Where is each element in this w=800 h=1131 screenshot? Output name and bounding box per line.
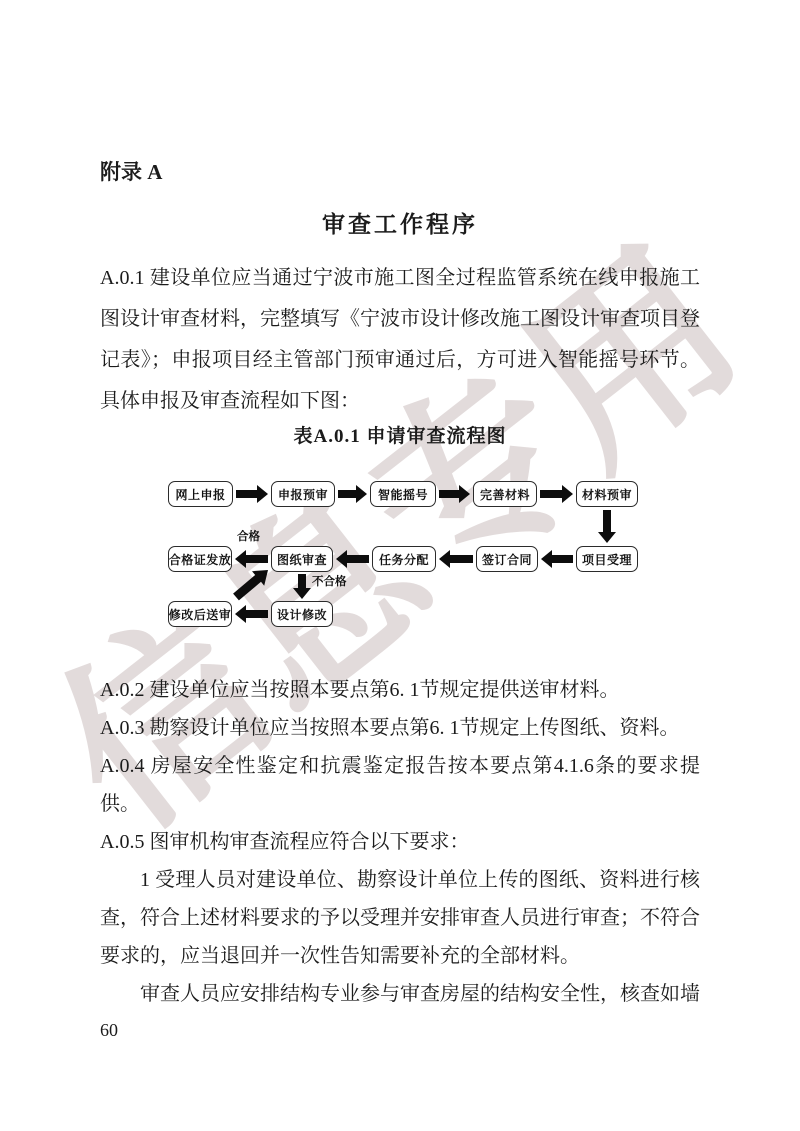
arrow-design-modification-to-resubmit (235, 605, 268, 623)
flowchart: 网上申报 申报预审 智能摇号 完善材料 材料预审 项目受理 签订合同 任务分配 … (100, 468, 700, 643)
flow-node-resubmit: 修改后送审 (168, 601, 232, 627)
flow-node-certificate-issue: 合格证发放 (168, 546, 232, 572)
page-number: 60 (100, 1020, 118, 1041)
arrow-project-acceptance-to-sign-contract (541, 550, 573, 568)
arrow-task-assignment-to-drawing-review (336, 550, 369, 568)
arrow-drawing-review-to-certificate-issue (235, 550, 268, 568)
flow-node-design-modification: 设计修改 (271, 601, 333, 627)
edge-label-fail: 不合格 (312, 576, 347, 589)
paragraph-a03: A.0.3 勘察设计单位应当按照本要点第6. 1节规定上传图纸、资料。 (100, 709, 700, 747)
flow-node-sign-contract: 签订合同 (476, 546, 538, 572)
flowchart-caption: 表A.0.1 申请审查流程图 (100, 424, 700, 450)
lower-paragraphs: A.0.2 建设单位应当按照本要点第6. 1节规定提供送审材料。 A.0.3 勘… (100, 671, 700, 1013)
paragraph-a04: A.0.4 房屋安全性鉴定和抗震鉴定报告按本要点第4.1.6条的要求提供。 (100, 747, 700, 823)
flow-node-smart-lottery: 智能摇号 (370, 481, 436, 507)
arrow-submit-precheck-to-smart-lottery (338, 485, 367, 503)
flow-node-complete-materials: 完善材料 (473, 481, 537, 507)
arrow-resubmit-to-drawing-review (233, 570, 268, 600)
paragraph-a05-item1: 1 受理人员对建设单位、勘察设计单位上传的图纸、资料进行核查，符合上述材料要求的… (100, 861, 700, 975)
flow-node-drawing-review: 图纸审查 (271, 546, 333, 572)
paragraph-a05: A.0.5 图审机构审查流程应符合以下要求： (100, 823, 700, 861)
flow-node-online-submit: 网上申报 (168, 481, 233, 507)
flow-node-project-acceptance: 项目受理 (576, 546, 638, 572)
page-content: 附录 A 审查工作程序 A.0.1 建设单位应当通过宁波市施工图全过程监管系统在… (0, 0, 800, 1013)
appendix-label: 附录 A (100, 160, 700, 184)
flow-node-submit-precheck: 申报预审 (271, 481, 335, 507)
arrow-smart-lottery-to-complete-materials (439, 485, 470, 503)
flow-node-task-assignment: 任务分配 (372, 546, 436, 572)
paragraph-a05-item1-cont: 审查人员应安排结构专业参与审查房屋的结构安全性，核查如墙 (100, 975, 700, 1013)
arrow-sign-contract-to-task-assignment (439, 550, 473, 568)
document-title: 审查工作程序 (100, 210, 700, 240)
arrow-material-precheck-to-project-acceptance (598, 510, 616, 543)
edge-label-pass: 合格 (237, 531, 260, 544)
paragraph-a01: A.0.1 建设单位应当通过宁波市施工图全过程监管系统在线申报施工图设计审查材料… (100, 258, 700, 422)
flow-node-material-precheck: 材料预审 (576, 481, 638, 507)
arrow-drawing-review-to-design-modification (293, 574, 311, 599)
arrow-online-submit-to-submit-precheck (236, 485, 268, 503)
arrow-complete-materials-to-material-precheck (540, 485, 573, 503)
document-page: 信息专用 附录 A 审查工作程序 A.0.1 建设单位应当通过宁波市施工图全过程… (0, 0, 800, 1131)
paragraph-a02: A.0.2 建设单位应当按照本要点第6. 1节规定提供送审材料。 (100, 671, 700, 709)
